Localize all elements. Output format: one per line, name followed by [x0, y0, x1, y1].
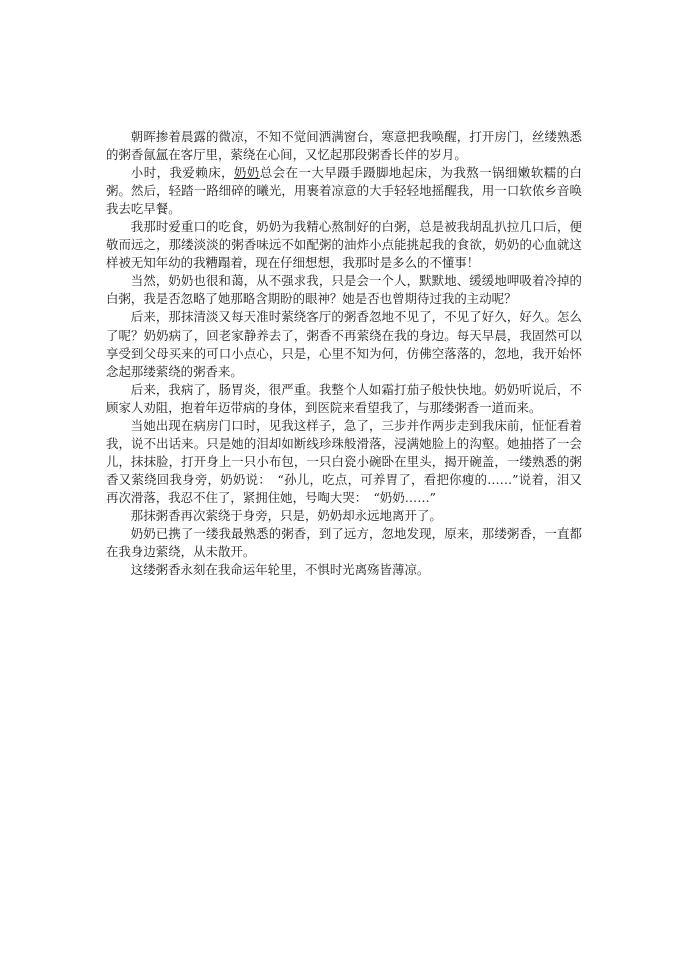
paragraph-3: 我那时爱重口的吃食，奶奶为我精心熬制好的白粥，总是被我胡乱扒拉几口后，便敬而远之… — [106, 218, 582, 272]
paragraph-9: 奶奶已携了一缕我最熟悉的粥香，到了远方，忽地发现，原来，那缕粥香，一直都在我身边… — [106, 525, 582, 561]
paragraph-1: 朝晖掺着晨露的微凉，不知不觉间洒满窗台，寒意把我唤醒，打开房门，丝缕熟悉的粥香氤… — [106, 128, 582, 164]
document-page: 朝晖掺着晨露的微凉，不知不觉间洒满窗台，寒意把我唤醒，打开房门，丝缕熟悉的粥香氤… — [106, 128, 582, 579]
paragraph-8: 那抹粥香再次萦绕于身旁，只是，奶奶却永远地离开了。 — [106, 507, 582, 525]
paragraph-6: 后来，我病了，肠胃炎，很严重。我整个人如霜打茄子般快快地。奶奶听说后，不顾家人劝… — [106, 381, 582, 417]
underlined-grandma: 奶奶 — [234, 165, 260, 180]
paragraph-10: 这缕粥香永刻在我命运年轮里，不惧时光离殇皆薄凉。 — [106, 561, 582, 579]
paragraph-7: 当她出现在病房门口时，见我这样子，急了，三步并作两步走到我床前，怔怔看着我，说不… — [106, 417, 582, 507]
paragraph-2: 小时，我爱赖床，奶奶总会在一大早蹑手蹑脚地起床，为我熬一锅细嫩软糯的白粥。然后，… — [106, 164, 582, 218]
paragraph-5: 后来，那抹清淡又每天准时萦绕客厅的粥香忽地不见了，不见了好久，好久。怎么了呢？奶… — [106, 308, 582, 380]
paragraph-2-lead: 小时，我爱赖床， — [131, 165, 234, 180]
paragraph-4: 当然，奶奶也很和蔼，从不强求我，只是会一个人，默默地、缓缓地呷吸着冷掉的白粥，我… — [106, 272, 582, 308]
